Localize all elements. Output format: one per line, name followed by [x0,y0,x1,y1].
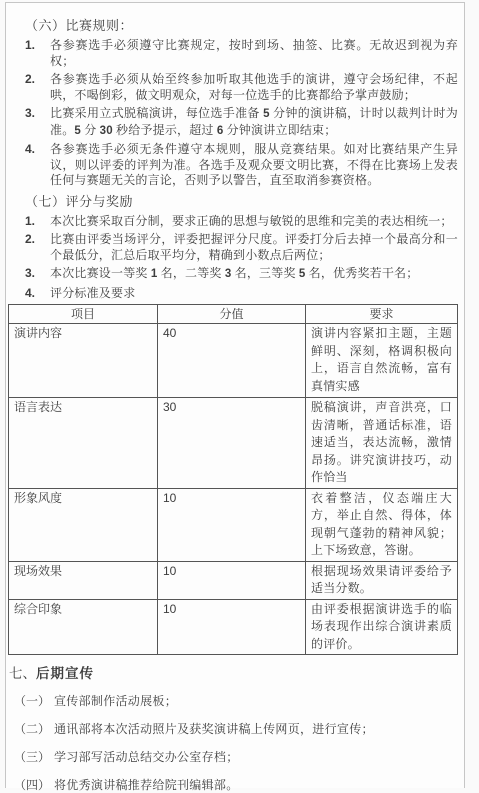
list-number: 4. [25,286,50,302]
score-cell: 40 [158,324,306,398]
publicity-section-title: 后期宣传 [36,666,94,681]
list-number: （一） [14,693,54,709]
rules-list: 1. 各参赛选手必须遵守比赛规定，按时到场、抽签、比赛。无故迟到视为弃权； 2.… [25,38,458,189]
table-row: 语言表达 30 脱稿演讲，声音洪亮，口齿清晰，普通话标准，语速适当，表达流畅，激… [9,398,458,489]
table-row: 综合印象 10 由评委根据演讲选手的临场表现作出综合演讲素质的评价。 [9,599,458,655]
table-row: 形象风度 10 衣着整洁，仪态端庄大方，举止自然、得体，体现朝气蓬勃的精神风貌；… [9,488,458,561]
requirement-cell: 根据现场效果请评委给予适当分数。 [306,561,458,599]
publicity-item-1: （一） 宣传部制作活动展板； [14,693,458,709]
list-number: 2. [25,72,50,103]
criterion-cell: 形象风度 [9,488,158,561]
rules-item-2: 2. 各参赛选手必须从始至终参加听取其他选手的演讲，遵守会场纪律，不起哄，不喝倒… [25,72,458,103]
criterion-cell: 语言表达 [9,398,158,489]
rules-item-4: 4. 各参赛选手必须无条件遵守本规则，服从竞赛结果。如对比赛结果产生异议，则以评… [25,142,458,189]
list-text: 各参赛选手必须从始至终参加听取其他选手的演讲，遵守会场纪律，不起哄，不喝倒彩，做… [50,72,458,103]
publicity-section-heading: 七、后期宣传 [9,665,458,682]
list-number: （二） [14,721,54,737]
requirement-cell: 演讲内容紧扣主题，主题鲜明、深刻，格调积极向上，语言自然流畅，富有真情实感 [306,324,458,398]
criterion-cell: 综合印象 [9,599,158,655]
list-text: 比赛由评委当场评分，评委把握评分尺度。评委打分后去掉一个最高分和一个最低分，汇总… [50,232,458,263]
rules-item-1: 1. 各参赛选手必须遵守比赛规定，按时到场、抽签、比赛。无故迟到视为弃权； [25,38,458,69]
list-number: 3. [25,266,50,283]
scoring-item-1: 1. 本次比赛采取百分制，要求正确的思想与敏锐的思维和完美的表达相统一； [25,214,458,230]
list-text: 本次比赛采取百分制，要求正确的思想与敏锐的思维和完美的表达相统一； [50,214,458,230]
score-criteria-table: 项目 分值 要求 演讲内容 40 演讲内容紧扣主题，主题鲜明、深刻，格调积极向上… [8,304,458,655]
list-text: 评分标准及要求 [50,286,458,302]
list-text: 通讯部将本次活动照片及获奖演讲稿上传网页，进行宣传； [54,721,458,737]
list-text: 本次比赛设一等奖 1 名，二等奖 3 名，三等奖 5 名，优秀奖若干名； [50,266,458,283]
score-cell: 10 [158,488,306,561]
publicity-item-2: （二） 通讯部将本次活动照片及获奖演讲稿上传网页，进行宣传； [14,721,458,737]
list-text: 宣传部制作活动展板； [54,693,458,709]
requirement-cell: 衣着整洁，仪态端庄大方，举止自然、得体，体现朝气蓬勃的精神风貌；上下场致意，答谢… [306,488,458,561]
header-requirement: 要求 [306,305,458,324]
list-text: 比赛采用立式脱稿演讲，每位选手准备 5 分钟的演讲稿，计时以裁判计时为准。5 分… [50,106,458,139]
requirement-cell: 脱稿演讲，声音洪亮，口齿清晰，普通话标准，语速适当，表达流畅，激情昂扬。讲究演讲… [306,398,458,489]
publicity-item-3: （三） 学习部写活动总结交办公室存档； [14,749,458,765]
scoring-item-4: 4. 评分标准及要求 [25,286,458,302]
list-number: 4. [25,142,50,189]
score-cell: 10 [158,599,306,655]
list-number: 1. [25,214,50,230]
header-score: 分值 [158,305,306,324]
list-number: （四） [14,777,54,789]
list-text: 学习部写活动总结交办公室存档； [54,749,458,765]
publicity-item-4: （四） 将优秀演讲稿推荐给院刊编辑部。 [14,777,458,789]
list-number: 3. [25,106,50,139]
list-text: 各参赛选手必须遵守比赛规定，按时到场、抽签、比赛。无故迟到视为弃权； [50,38,458,69]
rules-item-3: 3. 比赛采用立式脱稿演讲，每位选手准备 5 分钟的演讲稿，计时以裁判计时为准。… [25,106,458,139]
document-page: （六）比赛规则： 1. 各参赛选手必须遵守比赛规定，按时到场、抽签、比赛。无故迟… [5,2,465,788]
list-number: （三） [14,749,54,765]
table-row: 演讲内容 40 演讲内容紧扣主题，主题鲜明、深刻，格调积极向上，语言自然流畅，富… [9,324,458,398]
scoring-list: 1. 本次比赛采取百分制，要求正确的思想与敏锐的思维和完美的表达相统一； 2. … [25,214,458,302]
table-header-row: 项目 分值 要求 [9,305,458,324]
table-row: 现场效果 10 根据现场效果请评委给予适当分数。 [9,561,458,599]
scoring-item-2: 2. 比赛由评委当场评分，评委把握评分尺度。评委打分后去掉一个最高分和一个最低分… [25,232,458,263]
header-item: 项目 [9,305,158,324]
publicity-section-number: 七、 [9,666,36,681]
list-number: 1. [25,38,50,69]
list-text: 将优秀演讲稿推荐给院刊编辑部。 [54,777,458,789]
section-scoring-heading: （七）评分与奖励 [25,193,458,210]
publicity-list: （一） 宣传部制作活动展板； （二） 通讯部将本次活动照片及获奖演讲稿上传网页，… [14,693,458,789]
section-rules-heading: （六）比赛规则： [25,17,458,34]
requirement-cell: 由评委根据演讲选手的临场表现作出综合演讲素质的评价。 [306,599,458,655]
list-number: 2. [25,232,50,263]
criterion-cell: 现场效果 [9,561,158,599]
score-cell: 30 [158,398,306,489]
list-text: 各参赛选手必须无条件遵守本规则，服从竞赛结果。如对比赛结果产生异议，则以评委的评… [50,142,458,189]
criterion-cell: 演讲内容 [9,324,158,398]
score-cell: 10 [158,561,306,599]
scoring-item-3: 3. 本次比赛设一等奖 1 名，二等奖 3 名，三等奖 5 名，优秀奖若干名； [25,266,458,283]
